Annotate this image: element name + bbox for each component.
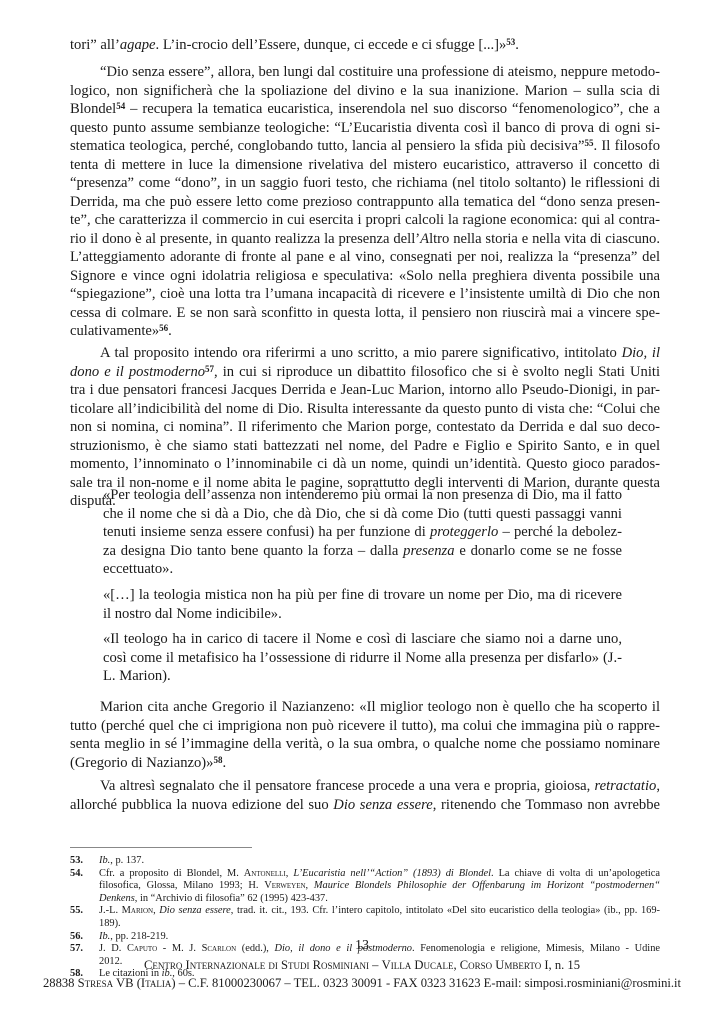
footnote-ref[interactable]: 55: [584, 138, 593, 148]
text-line: za designa Dio tanto bene quanto la forz…: [103, 542, 622, 561]
text-line: senta meglio in sé l’immagine della veri…: [70, 735, 660, 754]
footnote-ref[interactable]: 53: [506, 37, 515, 47]
footnote-53: 53. Ib., p. 137.: [70, 855, 660, 868]
text-line: dono e il postmoderno57, in cui si ripro…: [70, 363, 660, 382]
text-line: Signore e vince ogni idolatria religiosa…: [70, 267, 660, 286]
text-line: rio il dono è al presente, in quanto rea…: [70, 230, 660, 249]
paragraph-gregorio: Marion cita anche Gregorio il Nazianzeno…: [70, 698, 660, 772]
text-line: tenuti insieme senza essere confusi) ha …: [103, 523, 622, 542]
footnote-number: 53.: [70, 855, 99, 868]
text-line: tori” all’agape. L’in-crocio dell’Essere…: [70, 36, 660, 55]
text-line: logico, non significherà che la spoliazi…: [70, 82, 660, 101]
text-line: Blondel54 – recupera la tematica eucaris…: [70, 100, 660, 119]
text-line: «Il teologo ha in carico di tacere il No…: [103, 630, 622, 649]
text-line: stematica teologica, perché, conglobando…: [70, 137, 660, 156]
text-line: “spiegazione”, cioè una lotta tra l’uman…: [70, 285, 660, 304]
text-line: tra i due pensatori francesi Jacques Der…: [70, 381, 660, 400]
text-line: Marion cita anche Gregorio il Nazianzeno…: [70, 698, 660, 717]
text-line: «Per teologia dell’assenza non intendere…: [103, 486, 622, 505]
footnote-separator: [70, 847, 252, 848]
text-line: momento, l’innominato o l’innominabile c…: [70, 455, 660, 474]
text-line: struzionismo, è che siamo stati battezza…: [70, 437, 660, 456]
paragraph-continuation: tori” all’agape. L’in-crocio dell’Essere…: [70, 36, 660, 55]
footnote-ref[interactable]: 58: [213, 755, 222, 765]
paragraph-retractatio: Va altresì segnalato che il pensatore fr…: [70, 777, 660, 814]
blockquote-3: «Il teologo ha in carico di tacere il No…: [103, 630, 622, 686]
footnote-number: 54.: [70, 868, 99, 906]
text-line: così come il metafisico ha l’ossessione …: [103, 649, 622, 668]
text-line: A tal proposito intendo ora riferirmi a …: [70, 344, 660, 363]
blockquote-1: «Per teologia dell’assenza non intendere…: [103, 486, 622, 579]
text-line: non si nomina, ci nomina”. Il riferiment…: [70, 418, 660, 437]
text-line: (Gregorio di Nazianzo)»58.: [70, 754, 660, 773]
text-line: culativamente»56.: [70, 322, 660, 341]
footnote-ref[interactable]: 56: [159, 323, 168, 333]
footnote-55: 55. J.-L. Marion, Dio senza essere, trad…: [70, 905, 660, 930]
text-line: Va altresì segnalato che il pensatore fr…: [70, 777, 660, 796]
text-line: che il nome che si dà a Dio, che dà Dio,…: [103, 505, 622, 524]
text-line: “Dio senza essere”, allora, ben lungi da…: [70, 63, 660, 82]
text-line: tutto (perché quel che ci imprigiona non…: [70, 717, 660, 736]
blockquote-2: «[…] la teologia mistica non ha più per …: [103, 586, 622, 623]
footnote-ref[interactable]: 54: [116, 101, 125, 111]
text-line: Derrida, ma che può essere letto come pr…: [70, 193, 660, 212]
text-line: L’atteggiamento adorante di fronte al pa…: [70, 248, 660, 267]
text-line: te”, che caratterizza il commercio in cu…: [70, 211, 660, 230]
footer-address-line-2: 28838 Stresa VB (Italia) – C.F. 81000230…: [0, 974, 724, 992]
footnote-54: 54. Cfr. a proposito di Blondel, M. Anto…: [70, 868, 660, 906]
text-line: cessa di colmare. E se non sarà sconfitt…: [70, 304, 660, 323]
text-line: ticolare all’indicibilità del nome di Di…: [70, 400, 660, 419]
text-line: il nostro dal Nome indicibile».: [103, 605, 622, 624]
paragraph-dio-senza-essere: “Dio senza essere”, allora, ben lungi da…: [70, 63, 660, 341]
text-line: allorché pubblica la nuova edizione del …: [70, 796, 660, 815]
text-line: “presenza” come “dono”, in un saggio fuo…: [70, 174, 660, 193]
text-line: «[…] la teologia mistica non ha più per …: [103, 586, 622, 605]
text-line: questo punto assume sembianze teologiche…: [70, 119, 660, 138]
text-line: eccettuato».: [103, 560, 622, 579]
footer-address-line-1: Centro Internazionale di Studi Rosminian…: [0, 956, 724, 974]
text-line: tenta di mettere in luce la dimensione r…: [70, 156, 660, 175]
document-page: tori” all’agape. L’in-crocio dell’Essere…: [0, 0, 724, 1024]
footnote-ref[interactable]: 57: [205, 364, 214, 374]
text-line: L. Marion).: [103, 667, 622, 686]
footnote-number: 55.: [70, 905, 99, 930]
page-number: 13: [0, 938, 724, 954]
